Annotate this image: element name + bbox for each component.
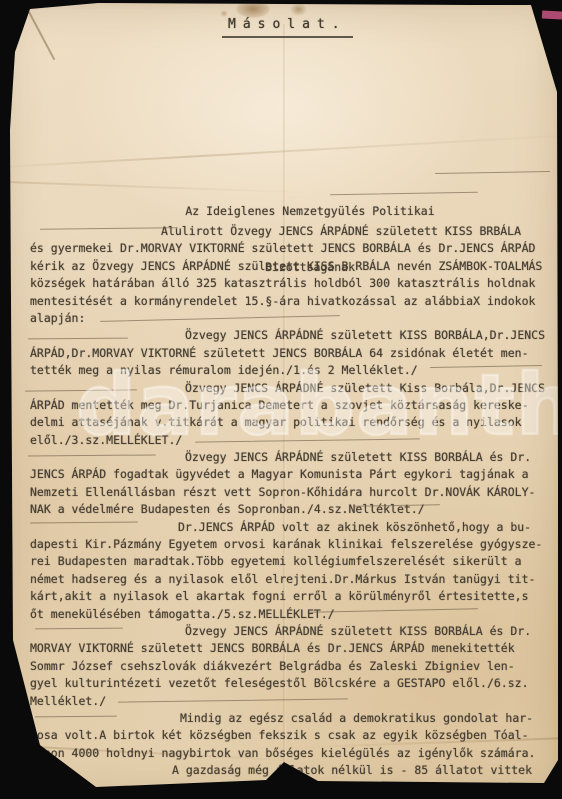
text-line: mentesitését a kormányrendelet 15.§-ára … [30,293,552,310]
text-line: dapesti Kir.Pázmány Egyetem orvosi karán… [30,536,552,553]
text-line: A gazdaság még állatok nélkül is - 85 ál… [30,762,552,779]
text-line: Nemzeti Ellenállásban részt vett Sopron-… [30,484,552,501]
text-line: ÁRPÁD mentették meg Dr.Turjanica Demeter… [30,397,552,414]
paragraph: Özvegy JENCS ÁRPÁDNÉ született Kiss Borb… [30,380,552,450]
text-line: gyel kulturintézeti vezetőt feleségestől… [30,675,552,692]
scan-background: Másolat. Az Ideiglenes Nemzetgyülés Poli… [0,0,562,799]
pink-edge-line [16,0,508,3]
text-line: delmi attaséjának v.titkárát a magyar po… [30,414,552,431]
text-line: kérik az Özvegy JENCS ÁRPÁDNÉ született … [30,258,552,275]
text-line: Dr.JENCS ÁRPÁD volt az akinek köszönhető… [30,519,552,536]
text-line: Özvegy JENCS ÁRPÁDNÉ született KISS BORB… [30,623,552,640]
paragraph: Alulirott Özvegy JENCS ÁRPÁDNÉ született… [30,223,552,327]
text-line: Melléklet./ [30,693,552,710]
text-line: tették meg a nyilas rémuralom idején./1.… [30,362,552,379]
document-title: Másolat. [222,17,353,38]
text-line: máson 4000 holdnyi nagybirtok van bősége… [30,745,552,762]
text-line: Sommr József csehszlovák diákvezért Belg… [30,658,552,675]
text-line: Mindig az egész család a demokratikus go… [30,710,552,727]
text-line: községek határában álló 325 katasztrális… [30,275,552,292]
document-page: Másolat. Az Ideiglenes Nemzetgyülés Poli… [0,0,562,799]
paragraph: Mindig az egész család a demokratikus go… [30,710,552,762]
stain [220,10,228,17]
text-line: ÁRPÁD,Dr.MORVAY VIKTORNÉ született JENCS… [30,345,552,362]
recipient-line: Az Ideiglenes Nemzetgyülés Politikai [155,202,465,221]
text-line: rei Budapesten maradtak.Több egyetemi ko… [30,553,552,570]
text-line: Alulirott Özvegy JENCS ÁRPÁDNÉ született… [30,223,552,240]
crease-line [0,133,562,170]
text-line: alapján: [30,310,552,327]
stain [236,0,270,18]
stain [290,3,307,16]
text-line: német hadsereg és a nyilasok elől elrejt… [30,571,552,588]
paragraph: A gazdaság még állatok nélkül is - 85 ál… [30,762,552,779]
corner-fold-crease [26,8,55,60]
text-line: kárt,akit a nyilasok el akartak fogni er… [30,588,552,605]
text-line: MORVAY VIKTORNÉ született JENCS BORBÁLA … [30,640,552,657]
text-line: elől./3.sz.MELLÉKLET./ [30,432,552,449]
text-line: Özvegy JENCS ÁRPÁDNÉ született KISS BORB… [30,327,552,344]
paragraph: Özvegy JENCS ÁRPÁDNÉ született KISS BORB… [30,623,552,710]
text-line: Özvegy JENCS ÁRPÁDNÉ született KISS BORB… [30,449,552,466]
text-line: őt menekülésében támogatta./5.sz.MELLÉKL… [30,606,552,623]
text-line: és gyermekei Dr.MORVAY VIKTORNÉ születet… [30,240,552,257]
text-line: JENCS ÁRPÁD fogadtak ügyvédet a Magyar K… [30,466,552,483]
paragraph: Özvegy JENCS ÁRPÁDNÉ született KISS BORB… [30,327,552,379]
text-line: NAK a védelmére Budapesten és Sopronban.… [30,501,552,518]
paragraph: Özvegy JENCS ÁRPÁDNÉ született KISS BORB… [30,449,552,519]
text-line: Özvegy JENCS ÁRPÁDNÉ született Kiss Borb… [30,380,552,397]
paragraph: Dr.JENCS ÁRPÁD volt az akinek köszönhető… [30,519,552,623]
text-line: cosa volt.A birtok két községben fekszik… [30,727,552,744]
document-body: Alulirott Özvegy JENCS ÁRPÁDNÉ született… [30,223,552,780]
pink-corner-stripe [542,10,562,19]
